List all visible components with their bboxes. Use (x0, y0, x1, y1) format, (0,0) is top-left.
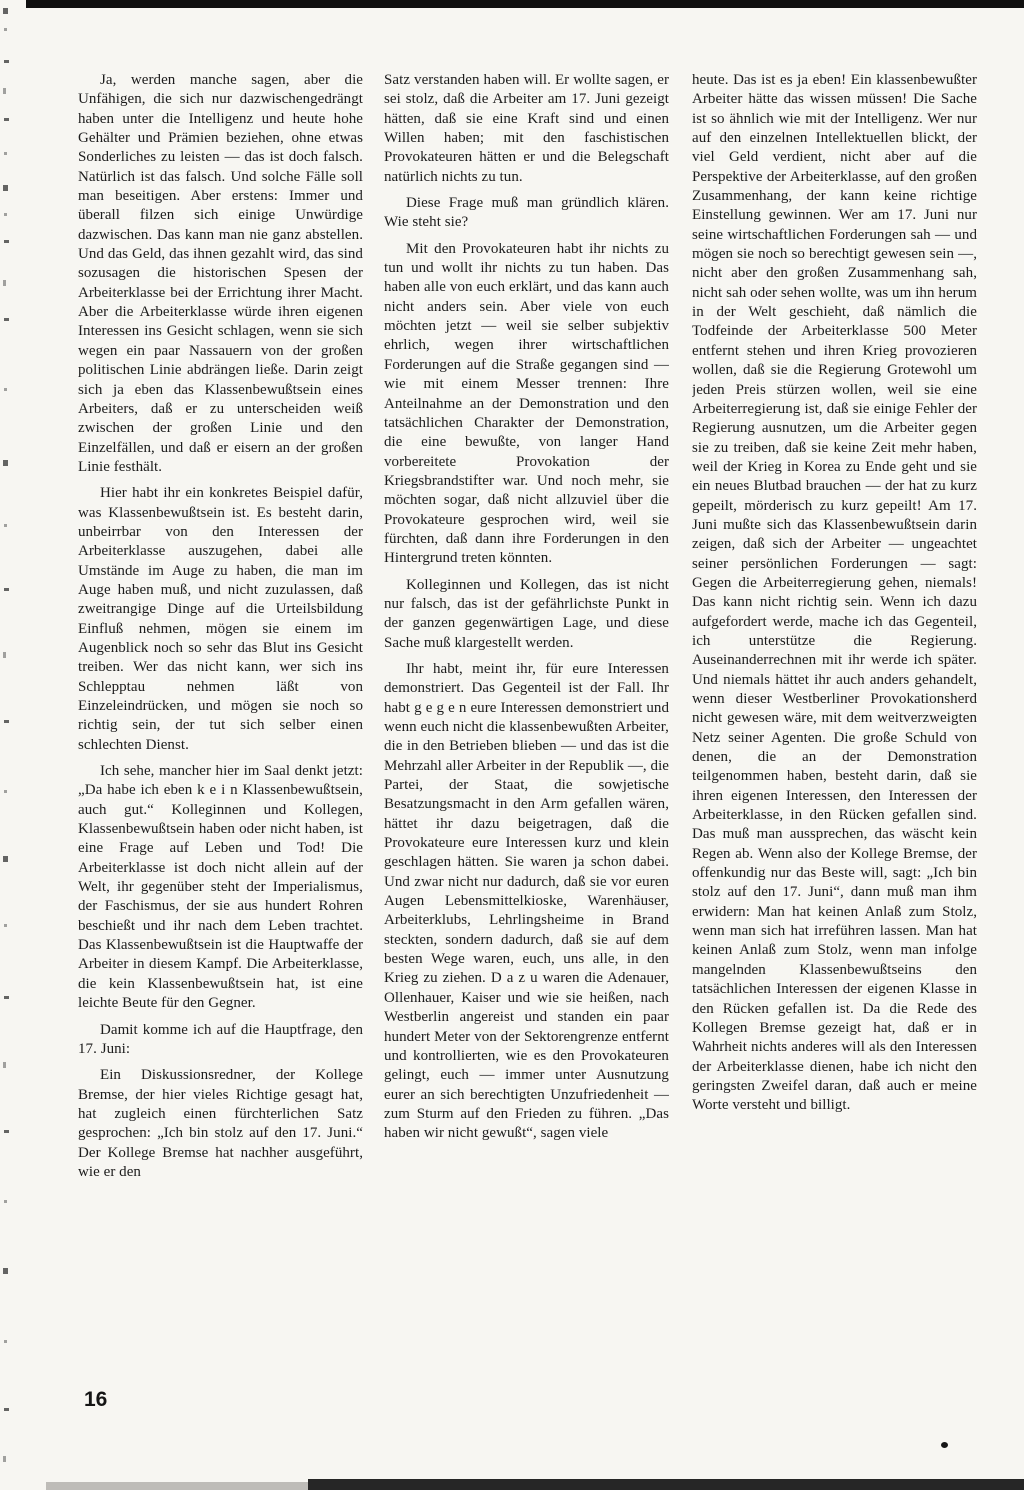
scan-tick-mark (3, 1062, 6, 1068)
scan-tick-mark (4, 1408, 9, 1411)
scan-tick-mark (4, 213, 7, 216)
scan-tick-mark (3, 856, 8, 862)
paragraph: Damit komme ich auf die Hauptfrage, den … (78, 1021, 363, 1060)
scan-tick-mark (4, 318, 9, 321)
scan-tick-mark (4, 388, 7, 391)
text-column-2: Satz verstanden haben will. Er wollte sa… (384, 71, 669, 1371)
scan-tick-mark (3, 460, 8, 466)
scan-tick-mark (3, 652, 6, 658)
paragraph: Ihr habt, meint ihr, für eure Interessen… (384, 660, 669, 1144)
scan-tick-mark (3, 1268, 8, 1274)
text-column-3: heute. Das ist es ja eben! Ein klassenbe… (692, 71, 977, 1371)
scan-tick-mark (4, 790, 7, 793)
scan-tick-mark (4, 924, 7, 927)
scan-tick-mark (3, 1456, 6, 1462)
paragraph: Diese Frage muß man gründlich klären. Wi… (384, 194, 669, 233)
scan-tick-mark (4, 996, 9, 999)
scan-tick-mark (4, 152, 7, 155)
paragraph: Satz verstanden haben will. Er wollte sa… (384, 71, 669, 187)
paragraph: heute. Das ist es ja eben! Ein klassenbe… (692, 71, 977, 1116)
scan-tick-mark (4, 1340, 7, 1343)
paragraph: Mit den Provokateuren habt ihr nichts zu… (384, 240, 669, 569)
scan-tick-mark (4, 1200, 7, 1203)
scan-tick-mark (4, 588, 9, 591)
paragraph: Ja, werden manche sagen, aber die Unfähi… (78, 71, 363, 477)
scan-artifact-top-bar (26, 0, 1024, 8)
scan-tick-mark (4, 524, 7, 527)
paragraph: Kolleginnen und Kollegen, das ist nicht … (384, 576, 669, 653)
scan-tick-mark (4, 1130, 9, 1133)
scan-tick-mark (4, 720, 9, 723)
scanned-document-page: { "page": { "number": "16" }, "colors": … (0, 0, 1024, 1490)
text-column-1: Ja, werden manche sagen, aber die Unfähi… (78, 71, 363, 1371)
scan-tick-mark (3, 8, 8, 14)
paragraph: Hier habt ihr ein konkretes Beispiel daf… (78, 484, 363, 755)
scan-tick-mark (4, 118, 9, 121)
scan-tick-mark (3, 280, 6, 286)
scan-artifact-bottom-bar-faint (46, 1482, 308, 1490)
scan-tick-mark (3, 185, 8, 191)
scan-tick-mark (4, 60, 9, 63)
paragraph: Ein Diskussionsredner, der Kollege Brems… (78, 1066, 363, 1182)
page-number: 16 (84, 1388, 107, 1412)
scan-artifact-dot (941, 1442, 948, 1448)
scan-tick-mark (4, 240, 9, 243)
scan-artifact-bottom-bar (308, 1479, 1024, 1490)
scan-tick-mark (4, 28, 7, 31)
scan-tick-mark (3, 88, 6, 94)
paragraph: Ich sehe, mancher hier im Saal denkt jet… (78, 762, 363, 1013)
